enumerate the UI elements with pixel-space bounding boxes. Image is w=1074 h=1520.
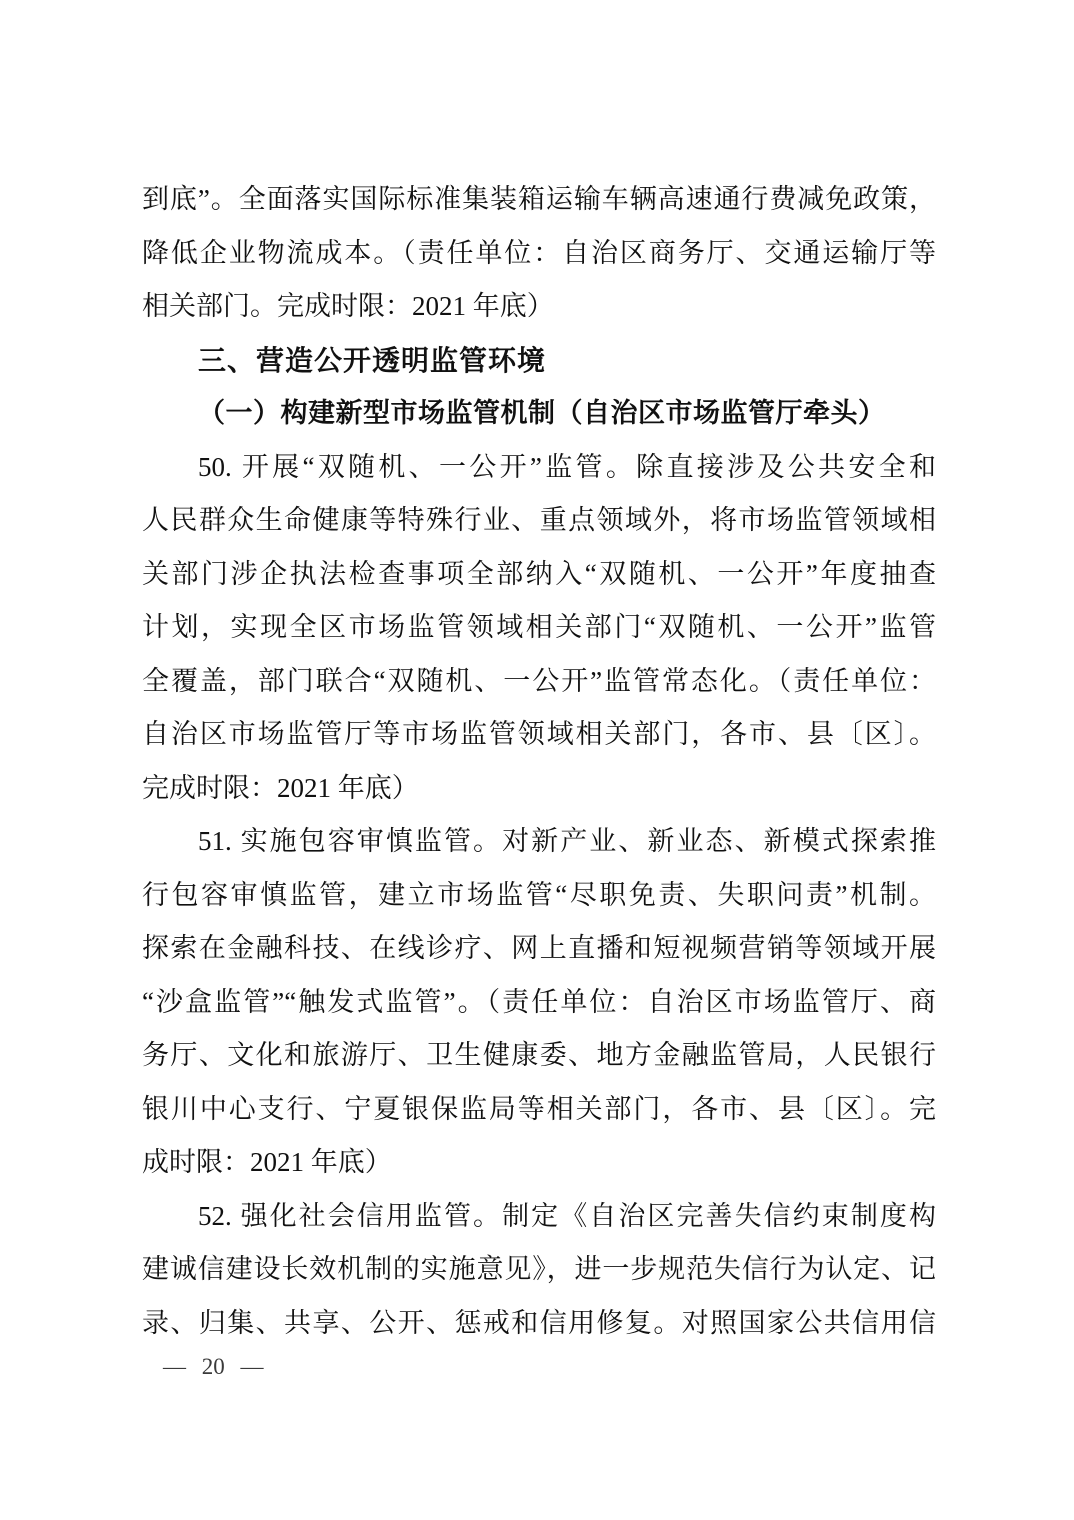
paragraph-line: 52. 强化社会信用监管。制定《自治区完善失信约束制度构 [142, 1190, 936, 1244]
paragraph-line: 完成时限：2021 年底） [142, 762, 936, 816]
paragraph-line: 计划，实现全区市场监管领域相关部门“双随机、一公开”监管 [142, 601, 936, 655]
page-number: — 20 — [163, 1352, 264, 1382]
document-page: 到底”。全面落实国际标准集装箱运输车辆高速通行费减免政策， 降低企业物流成本。（… [0, 0, 1074, 1520]
paragraph-line: 人民群众生命健康等特殊行业、重点领域外，将市场监管领域相 [142, 494, 936, 548]
paragraph-line: 关部门涉企执法检查事项全部纳入“双随机、一公开”年度抽查 [142, 548, 936, 602]
document-text-block: 到底”。全面落实国际标准集装箱运输车辆高速通行费减免政策， 降低企业物流成本。（… [142, 173, 936, 1350]
paragraph-line: 银川中心支行、宁夏银保监局等相关部门，各市、县〔区〕。完 [142, 1083, 936, 1137]
paragraph-line: “沙盒监管”“触发式监管”。（责任单位：自治区市场监管厅、商 [142, 976, 936, 1030]
subsection-heading: （一）构建新型市场监管机制（自治区市场监管厅牵头） [142, 387, 936, 441]
section-heading: 三、营造公开透明监管环境 [142, 334, 936, 388]
paragraph-line: 相关部门。完成时限：2021 年底） [142, 280, 936, 334]
paragraph-line: 行包容审慎监管，建立市场监管“尽职免责、失职问责”机制。 [142, 869, 936, 923]
paragraph-line: 务厅、文化和旅游厅、卫生健康委、地方金融监管局，人民银行 [142, 1029, 936, 1083]
paragraph-line: 降低企业物流成本。（责任单位：自治区商务厅、交通运输厅等 [142, 227, 936, 281]
paragraph-line: 自治区市场监管厅等市场监管领域相关部门，各市、县〔区〕。 [142, 708, 936, 762]
paragraph-line: 50. 开展“双随机、一公开”监管。除直接涉及公共安全和 [142, 441, 936, 495]
paragraph-line: 全覆盖，部门联合“双随机、一公开”监管常态化。（责任单位： [142, 655, 936, 709]
paragraph-line: 建诚信建设长效机制的实施意见》，进一步规范失信行为认定、记 [142, 1243, 936, 1297]
paragraph-line: 探索在金融科技、在线诊疗、网上直播和短视频营销等领域开展 [142, 922, 936, 976]
paragraph-line: 成时限：2021 年底） [142, 1136, 936, 1190]
paragraph-line: 51. 实施包容审慎监管。对新产业、新业态、新模式探索推 [142, 815, 936, 869]
paragraph-line: 录、归集、共享、公开、惩戒和信用修复。对照国家公共信用信 [142, 1297, 936, 1351]
paragraph-line: 到底”。全面落实国际标准集装箱运输车辆高速通行费减免政策， [142, 173, 936, 227]
